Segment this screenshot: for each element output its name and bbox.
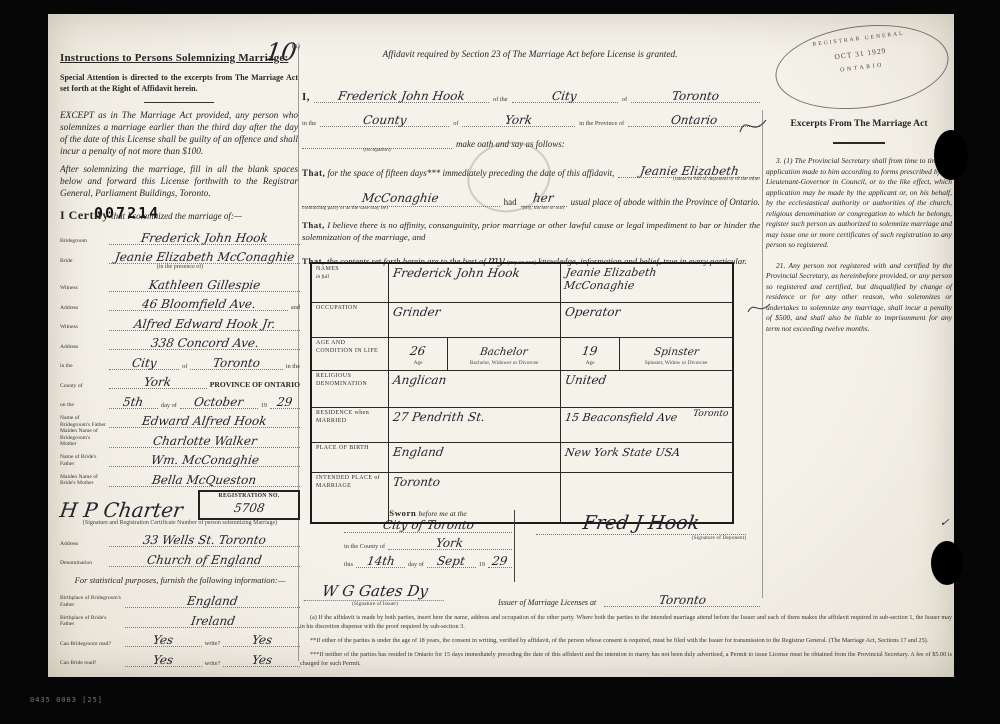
and-word: and — [291, 304, 300, 311]
field-groom-mother: Maiden Name of Bridegroom's Mother Charl… — [60, 428, 300, 448]
document-scan: 10 (a) Instructions to Persons Solemnizi… — [0, 0, 1000, 724]
field-label: Address — [60, 305, 106, 311]
bridegroom-name: Frederick John Hook — [140, 232, 269, 244]
witness2-address: 338 Concord Ave. — [150, 337, 260, 349]
province-label: PROVINCE OF ONTARIO — [210, 380, 300, 389]
field-label: Address — [60, 344, 106, 350]
certify-rest: that I solemnized the marriage of:— — [111, 211, 242, 221]
field-label: Witness — [60, 324, 106, 330]
marriage-year: 29 — [277, 396, 294, 408]
write-word: write? — [205, 640, 221, 647]
officiant-address: 33 Wells St. Toronto — [142, 534, 267, 546]
field-groom-father-birthplace: Birthplace of Bridegroom's Father Englan… — [60, 589, 300, 609]
bride-father-birthplace: Ireland — [190, 615, 236, 627]
bride-birthplace: New York State USA — [564, 446, 681, 459]
bride-mother-name: Bella McQueston — [152, 474, 258, 486]
row-label-residence: RESIDENCE when MARRIED — [312, 407, 388, 442]
field-groom-father: Name of Bridegroom's Father Edward Alfre… — [60, 409, 300, 429]
checkmark: ✓ — [939, 516, 950, 529]
excerpt-paragraph-21: 21. Any person not registered with and c… — [766, 261, 952, 335]
bride-condition-note: Spinster, Widow or Divorcee — [620, 360, 732, 366]
deponent-signature: Fred J Hook — [581, 512, 700, 534]
sworn-word: Sworn — [389, 508, 416, 518]
row-label-religion: RELIGIOUS DENOMINATION — [312, 370, 388, 407]
bride-occupation: Operator — [564, 305, 621, 319]
bride-religion: United — [564, 373, 607, 387]
field-city: in the City of Toronto in the — [60, 350, 300, 370]
occupation-caption: (occupation) — [302, 148, 452, 153]
age-caption: Age — [389, 360, 447, 366]
presence-note: (in the presence of) — [60, 264, 300, 272]
affidavit-title: Affidavit required by Section 23 of The … — [300, 50, 760, 60]
year-prefix: 19 — [479, 561, 485, 568]
groom-can-read: Yes — [152, 634, 174, 646]
of-word: of — [622, 96, 627, 103]
issuer-signature-caption: (Signature of Issuer) — [300, 601, 450, 607]
bride-can-read: Yes — [152, 654, 174, 666]
of-the-word: of the — [493, 96, 508, 103]
marriage-day: 5th — [123, 396, 145, 408]
certify-heading: I Certify that I solemnized the marriage… — [60, 208, 300, 223]
field-bride-literacy: Can Bride read? Yes write? Yes — [60, 647, 300, 667]
registration-number-box: REGISTRATION NO. 5708 — [198, 490, 300, 520]
field-witness2: Witness Alfred Edward Hook Jr. — [60, 311, 300, 331]
field-bride: Bride Jeanie Elizabeth McConaghie — [60, 245, 300, 265]
field-bride-mother: Maiden Name of Bride's Mother Bella McQu… — [60, 467, 300, 487]
field-label: Can Bridegroom read? — [60, 641, 122, 647]
issuer-place: Toronto — [658, 594, 707, 606]
field-officiant-address: Address 33 Wells St. Toronto — [60, 528, 300, 548]
deponent-signature-block: Fred J Hook (Signature of Deponent) — [536, 512, 746, 541]
instructions-attention: Special Attention is directed to the exc… — [60, 73, 298, 95]
deponent-province: Ontario — [670, 114, 718, 126]
sworn-divider — [514, 510, 515, 582]
year-prefix: 19 — [261, 402, 267, 409]
row-label-birthplace: PLACE OF BIRTH — [312, 442, 388, 472]
sworn-day: 14th — [366, 555, 396, 567]
groom-religion: Anglican — [392, 373, 447, 387]
deponent-note: (name in full of deponent or of the othe… — [618, 177, 760, 182]
groom-condition: Bachelor — [479, 346, 528, 358]
registration-number: 5708 — [233, 501, 266, 515]
sworn-section: Sworn before me at the City of Toronto i… — [300, 508, 760, 612]
sworn-county: York — [436, 537, 465, 549]
field-label: Name of Bridegroom's Father — [60, 415, 106, 428]
officiant-signature: H P Charter — [59, 500, 194, 520]
instructions-section: Instructions to Persons Solemnizing Marr… — [60, 52, 298, 222]
field-date: on the 5th day of October 19 29 — [60, 389, 300, 409]
ink-blot-mark — [931, 541, 963, 585]
bride-can-write: Yes — [251, 654, 273, 666]
bride-residence-city: Toronto — [692, 409, 729, 419]
table-groom-name: Frederick John Hook — [392, 266, 521, 280]
footnote-ref-a: (a) — [292, 42, 300, 50]
witness2-name: Alfred Edward Hook Jr. — [133, 318, 276, 330]
age-caption: Age — [561, 360, 619, 366]
instructions-after: After solemnizing the marriage, fill in … — [60, 164, 298, 200]
bride-residence: 15 Beaconsfield Ave — [564, 411, 678, 424]
microfilm-frame-code: 0435 0003 [25] — [30, 696, 103, 704]
row-label-age: AGE AND CONDITION IN LIFE — [312, 337, 388, 370]
that-word: That, — [302, 168, 325, 178]
field-label: on the — [60, 402, 106, 408]
field-witness1: Witness Kathleen Gillespie — [60, 272, 300, 292]
deponent-name: Frederick John Hook — [337, 90, 466, 102]
deponent-county-word: County — [362, 114, 407, 126]
i-word: I, — [302, 91, 310, 103]
sworn-rest: before me at the — [418, 509, 466, 518]
excerpt-paragraph-3: 3. (1) The Provincial Secretary shall fr… — [766, 156, 952, 251]
field-label: Birthplace of Bride's Father — [60, 615, 122, 628]
field-label: County of — [60, 383, 106, 389]
groom-age: 26 — [409, 344, 426, 358]
sworn-month: Sept — [437, 555, 467, 567]
officiant-denomination: Church of England — [146, 554, 262, 566]
field-label: Maiden Name of Bridegroom's Mother — [60, 428, 106, 447]
marriage-license-paper: 10 (a) Instructions to Persons Solemnizi… — [48, 14, 954, 677]
deponent-city-type: City — [552, 90, 578, 102]
municipality-type: City — [131, 357, 157, 369]
row-label-occupation: OCCUPATION — [312, 302, 388, 337]
field-bridegroom: Bridegroom Frederick John Hook — [60, 225, 300, 245]
footnote-a: (a) If the affidavit is made by both par… — [300, 614, 952, 632]
field-label: Witness — [60, 285, 106, 291]
marriage-month: October — [193, 396, 244, 408]
issuer-signature-row: W G Gates Dy (Signature of Issuer) Issue… — [300, 582, 760, 607]
issuer-signature: W G Gates Dy — [304, 582, 447, 601]
field-denomination: Denomination Church of England — [60, 547, 300, 567]
field-label: Bride — [60, 258, 106, 264]
issuer-label: Issuer of Marriage Licenses at — [498, 598, 596, 607]
bride-condition: Spinster — [653, 346, 700, 358]
this-word: this — [344, 561, 353, 568]
bride-age-cell: 19 Age Spinster Spinster, Widow or Divor… — [560, 337, 732, 370]
rule — [833, 142, 885, 144]
field-groom-literacy: Can Bridegroom read? Yes write? Yes — [60, 628, 300, 648]
groom-condition-note: Bachelor, Widower or Divorcee — [448, 360, 560, 366]
province-of-label: in the Province of — [579, 120, 624, 127]
of-word: of — [182, 363, 187, 370]
marriage-details-table: NAMESin full Frederick John Hook Jeanie … — [310, 262, 734, 524]
that2-text: I believe there is no affinity, consangu… — [302, 220, 760, 242]
field-label: Bridegroom — [60, 238, 106, 244]
of-word: of — [453, 120, 458, 127]
field-address1: Address 46 Bloomfield Ave. and — [60, 292, 300, 312]
footnotes: (a) If the affidavit is made by both par… — [300, 614, 952, 674]
field-label: Address — [60, 541, 106, 547]
that-word: That, — [302, 220, 325, 230]
abode-text: usual place of abode within the Province… — [571, 197, 760, 207]
sworn-left: Sworn before me at the City of Toronto i… — [344, 508, 512, 568]
field-bride-father: Name of Bride's Father Wm. McConaghie — [60, 448, 300, 468]
deponent-signature-caption: (Signature of Deponent) — [536, 535, 746, 541]
footnote-triple-star: ***If neither of the parties has resided… — [300, 651, 952, 669]
excerpts-title: Excerpts From The Marriage Act — [766, 118, 952, 129]
field-label: Maiden Name of Bride's Mother — [60, 474, 106, 487]
witness1-address: 46 Bloomfield Ave. — [141, 298, 257, 310]
field-address2: Address 338 Concord Ave. — [60, 331, 300, 351]
field-bride-father-birthplace: Birthplace of Bride's Father Ireland — [60, 608, 300, 628]
groom-mother-name: Charlotte Walker — [152, 435, 258, 447]
field-label: Birthplace of Bridegroom's Father — [60, 595, 122, 608]
contracting-note: contracting party or as the case may be) — [302, 206, 500, 211]
registrar-date-stamp: REGISTRAR GENERAL OCT 31 1929 ONTARIO — [771, 16, 954, 119]
instructions-title: Instructions to Persons Solemnizing Marr… — [60, 52, 298, 64]
in-the-word: in the — [286, 363, 300, 370]
instructions-except: EXCEPT as in The Marriage Act provided, … — [60, 110, 298, 158]
rule — [144, 102, 214, 103]
witness1-name: Kathleen Gillespie — [148, 279, 261, 291]
statistics-heading: For statistical purposes, furnish the fo… — [60, 575, 300, 585]
other-party-name-2: McConaghie — [362, 192, 440, 204]
bride-name: Jeanie Elizabeth McConaghie — [114, 251, 295, 263]
field-county: County of York PROVINCE OF ONTARIO — [60, 370, 300, 390]
handwritten-squiggle — [738, 112, 768, 138]
column-divider-right — [762, 110, 763, 598]
sworn-year: 29 — [492, 555, 509, 567]
groom-occupation: Grinder — [392, 305, 441, 319]
write-word: write? — [205, 660, 221, 667]
intended-place: Toronto — [392, 475, 441, 489]
affidavit-line2: in the County of York in the Province of… — [302, 114, 760, 127]
deponent-county: York — [504, 114, 533, 126]
ink-blot-mark — [934, 130, 968, 180]
county-name: York — [143, 376, 172, 388]
footnote-double-star: **If either of the parties is under the … — [300, 637, 952, 646]
groom-can-write: Yes — [251, 634, 273, 646]
registration-label: REGISTRATION NO. — [202, 493, 296, 499]
groom-residence: 27 Pendrith St. — [392, 410, 486, 424]
day-of-word: day of — [408, 561, 424, 568]
bride-father-name: Wm. McConaghie — [150, 454, 260, 466]
groom-birthplace: England — [392, 445, 445, 459]
table-bride-name: Jeanie Elizabeth McConaghie — [563, 266, 730, 292]
groom-father-birthplace: England — [186, 595, 238, 607]
groom-father-name: Edward Alfred Hook — [141, 415, 267, 427]
field-label: Can Bride read? — [60, 660, 122, 666]
bride-residence-cell: Toronto 15 Beaconsfield Ave — [560, 407, 732, 442]
certify-word: I Certify — [60, 208, 109, 222]
sworn-county-label: in the County of — [344, 543, 385, 550]
sworn-place: City of Toronto — [382, 518, 475, 532]
day-of-word: day of — [161, 402, 177, 409]
field-label: in the — [60, 363, 106, 369]
excerpts-section: Excerpts From The Marriage Act 3. (1) Th… — [766, 118, 952, 344]
that2-paragraph: That, I believe there is no affinity, co… — [302, 219, 760, 244]
bride-age: 19 — [581, 344, 598, 358]
affidavit-line1: I, Frederick John Hook of the City of To… — [302, 90, 760, 103]
field-label: Name of Bride's Father — [60, 454, 106, 467]
row-label-names: NAMESin full — [312, 264, 388, 302]
in-the-word: in the — [302, 120, 316, 127]
field-label: Denomination — [60, 560, 106, 566]
groom-age-cell: 26 Age Bachelor Bachelor, Widower or Div… — [388, 337, 560, 370]
deponent-city: Toronto — [671, 90, 720, 102]
certify-section: I Certify that I solemnized the marriage… — [60, 208, 300, 667]
municipality-name: Toronto — [212, 357, 261, 369]
officiant-signature-row: H P Charter REGISTRATION NO. 5708 — [60, 490, 300, 520]
